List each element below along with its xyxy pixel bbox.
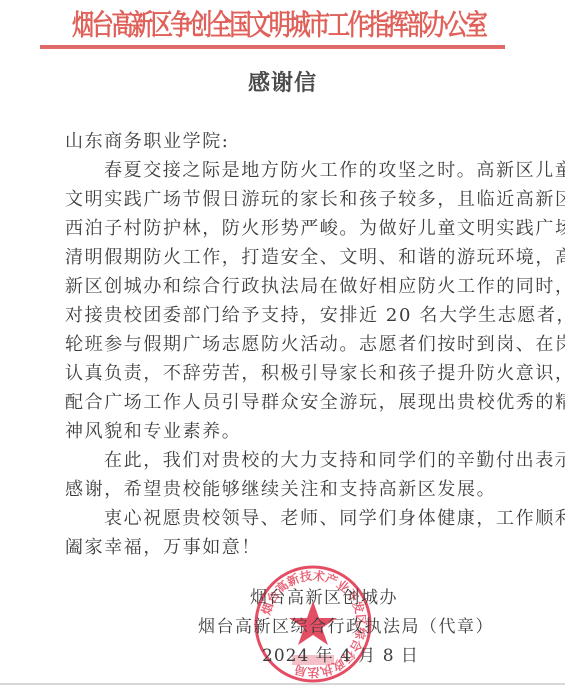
signature-org-1: 烟台高新区创城办: [250, 584, 398, 613]
paragraph-3-line-1: 衷心祝愿贵校领导、老师、同学们身体健康，工作顺利，: [65, 504, 481, 533]
salutation: 山东商务职业学院:: [65, 127, 481, 156]
paragraph-1-line-9: 配合广场工作人员引导群众安全游玩，展现出贵校优秀的精: [65, 388, 481, 417]
signature-org-2: 烟台高新区综合行政执法局（代章）: [198, 613, 494, 642]
paragraph-1-line-8: 认真负责，不辞劳苦，积极引导家长和孩子提升防火意识，: [65, 359, 481, 388]
letterhead-title: 烟台高新区争创全国文明城市工作指挥部办公室: [72, 8, 405, 44]
letter-body: 山东商务职业学院: 春夏交接之际是地方防火工作的攻坚之时。高新区儿童 文明实践广…: [65, 127, 481, 562]
paragraph-1-line-1: 春夏交接之际是地方防火工作的攻坚之时。高新区儿童: [65, 156, 481, 185]
letterhead-red-rule: [40, 45, 505, 49]
paragraph-2-line-2: 感谢，希望贵校能够继续关注和支持高新区发展。: [65, 475, 481, 504]
paragraph-1-line-6: 对接贵校团委部门给予支持，安排近 20 名大学生志愿者，: [65, 301, 481, 330]
letter-page: 烟台高新区争创全国文明城市工作指挥部办公室 感谢信 山东商务职业学院: 春夏交接…: [0, 0, 565, 685]
paragraph-2-line-1: 在此，我们对贵校的大力支持和同学们的辛勤付出表示: [65, 446, 481, 475]
paragraph-1-line-7: 轮班参与假期广场志愿防火活动。志愿者们按时到岗、在岗，: [65, 330, 481, 359]
signature-date: 2024 年 4 月 8 日: [262, 642, 419, 671]
paragraph-1-line-4: 清明假期防火工作，打造安全、文明、和谐的游玩环境，高: [65, 243, 481, 272]
paragraph-1-line-3: 西泊子村防护林，防火形势严峻。为做好儿童文明实践广场: [65, 214, 481, 243]
paragraph-1-line-2: 文明实践广场节假日游玩的家长和孩子较多，且临近高新区: [65, 185, 481, 214]
paragraph-3-line-2: 阖家幸福，万事如意！: [65, 533, 481, 562]
paragraph-1-line-10: 神风貌和专业素养。: [65, 417, 481, 446]
paragraph-1-line-5: 新区创城办和综合行政执法局在做好相应防火工作的同时，: [65, 272, 481, 301]
document-title: 感谢信: [0, 70, 565, 98]
